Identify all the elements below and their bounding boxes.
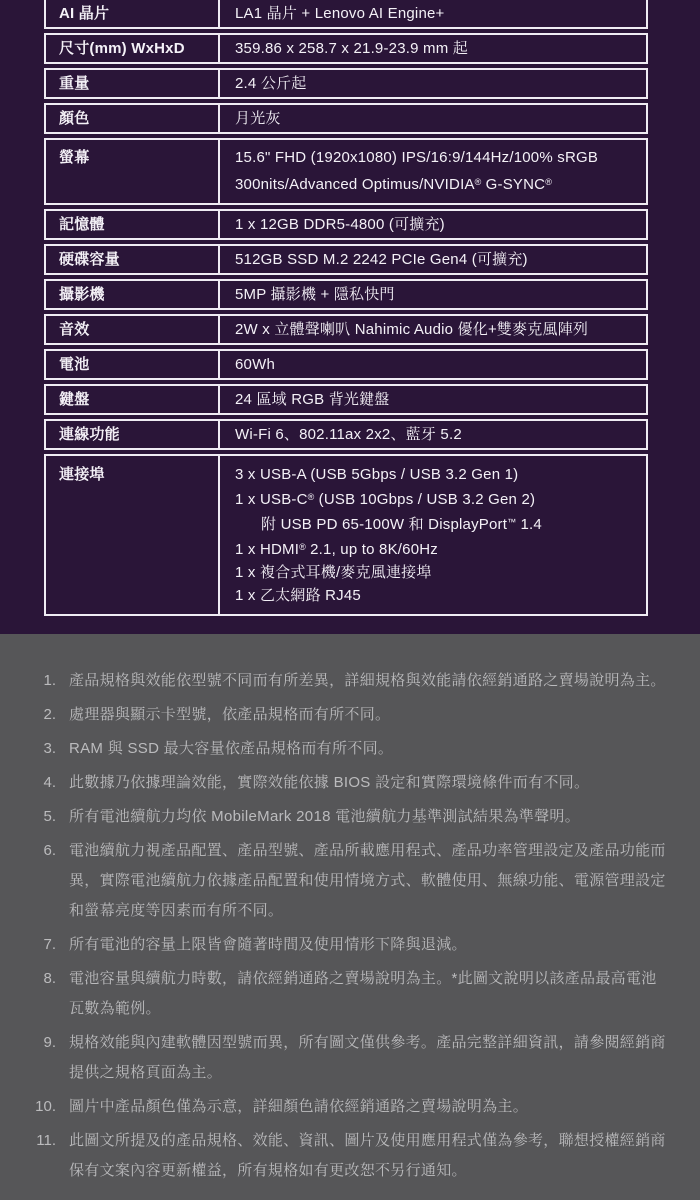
spec-row: 音效2W x 立體聲喇叭 Nahimic Audio 優化+雙麥克風陣列	[44, 314, 648, 345]
spec-label: 鍵盤	[46, 386, 218, 413]
spec-row: 鍵盤24 區域 RGB 背光鍵盤	[44, 384, 648, 415]
note-number: 5.	[28, 802, 56, 832]
spec-value-line: 1 x USB-C® (USB 10Gbps / USB 3.2 Gen 2)	[235, 486, 638, 511]
spec-value: 月光灰	[218, 105, 646, 132]
spec-value-line: 359.86 x 258.7 x 21.9-23.9 mm 起	[235, 39, 638, 58]
spec-value-line: LA1 晶片 + Lenovo AI Engine+	[235, 4, 638, 23]
note-number: 11.	[28, 1126, 56, 1186]
spec-row: 重量2.4 公斤起	[44, 68, 648, 99]
spec-value-line: 2.4 公斤起	[235, 74, 638, 93]
spec-row: AI 晶片LA1 晶片 + Lenovo AI Engine+	[44, 0, 648, 29]
spec-row: 顏色月光灰	[44, 103, 648, 134]
spec-value-line: 1 x HDMI® 2.1, up to 8K/60Hz	[235, 536, 638, 561]
note-text: 處理器與顯示卡型號，依產品規格而有所不同。	[69, 700, 670, 730]
spec-value: 2W x 立體聲喇叭 Nahimic Audio 優化+雙麥克風陣列	[218, 316, 646, 343]
spec-table: AI 晶片LA1 晶片 + Lenovo AI Engine+尺寸(mm) Wx…	[44, 0, 648, 616]
spec-value-line: Wi-Fi 6、802.11ax 2x2、藍牙 5.2	[235, 425, 638, 444]
spec-value-line: 60Wh	[235, 355, 638, 374]
spec-sheet-hero: AI 晶片LA1 晶片 + Lenovo AI Engine+尺寸(mm) Wx…	[0, 0, 700, 634]
spec-label: AI 晶片	[46, 0, 218, 27]
spec-value: 5MP 攝影機 + 隱私快門	[218, 281, 646, 308]
spec-label: 連線功能	[46, 421, 218, 448]
note-item: 7.所有電池的容量上限皆會隨著時間及使用情形下降與退減。	[28, 930, 670, 960]
spec-value-line: 附 USB PD 65-100W 和 DisplayPort™ 1.4	[235, 511, 638, 536]
spec-value: 24 區域 RGB 背光鍵盤	[218, 386, 646, 413]
spec-row: 攝影機5MP 攝影機 + 隱私快門	[44, 279, 648, 310]
note-number: 6.	[28, 836, 56, 926]
spec-value-line: 3 x USB-A (USB 5Gbps / USB 3.2 Gen 1)	[235, 463, 638, 486]
registered-mark: ®	[308, 492, 315, 502]
spec-value: 60Wh	[218, 351, 646, 378]
registered-mark: ®	[299, 542, 306, 552]
note-number: 3.	[28, 734, 56, 764]
spec-row: 硬碟容量512GB SSD M.2 2242 PCIe Gen4 (可擴充)	[44, 244, 648, 275]
spec-row: 記憶體1 x 12GB DDR5-4800 (可擴充)	[44, 209, 648, 240]
spec-value-line: 月光灰	[235, 109, 638, 128]
note-number: 8.	[28, 964, 56, 1024]
note-text: 電池容量與續航力時數，請依經銷通路之賣場說明為主。*此圖文說明以該產品最高電池瓦…	[69, 964, 670, 1024]
spec-label: 尺寸(mm) WxHxD	[46, 35, 218, 62]
note-item: 4.此數據乃依據理論效能，實際效能依據 BIOS 設定和實際環境條件而有不同。	[28, 768, 670, 798]
note-text: 此圖文所提及的產品規格、效能、資訊、圖片及使用應用程式僅為參考，聯想授權經銷商保…	[69, 1126, 670, 1186]
registered-mark: ®	[475, 177, 482, 187]
spec-value-line: 1 x 複合式耳機/麥克風連接埠	[235, 561, 638, 584]
note-item: 11.此圖文所提及的產品規格、效能、資訊、圖片及使用應用程式僅為參考，聯想授權經…	[28, 1126, 670, 1186]
note-text: RAM 與 SSD 最大容量依產品規格而有所不同。	[69, 734, 670, 764]
spec-value: 359.86 x 258.7 x 21.9-23.9 mm 起	[218, 35, 646, 62]
note-text: 圖片中產品顏色僅為示意，詳細顏色請依經銷通路之賣場說明為主。	[69, 1092, 670, 1122]
note-item: 5.所有電池續航力均依 MobileMark 2018 電池續航力基準測試結果為…	[28, 802, 670, 832]
spec-value-line: 5MP 攝影機 + 隱私快門	[235, 285, 638, 304]
note-text: 所有電池的容量上限皆會隨著時間及使用情形下降與退減。	[69, 930, 670, 960]
spec-row: 連線功能Wi-Fi 6、802.11ax 2x2、藍牙 5.2	[44, 419, 648, 450]
note-item: 9.規格效能與內建軟體因型號而異，所有圖文僅供參考。產品完整詳細資訊，請參閱經銷…	[28, 1028, 670, 1088]
note-item: 2.處理器與顯示卡型號，依產品規格而有所不同。	[28, 700, 670, 730]
note-number: 2.	[28, 700, 56, 730]
spec-label: 電池	[46, 351, 218, 378]
spec-value-line: 24 區域 RGB 背光鍵盤	[235, 390, 638, 409]
spec-row: 連接埠3 x USB-A (USB 5Gbps / USB 3.2 Gen 1)…	[44, 454, 648, 616]
spec-value: 15.6" FHD (1920x1080) IPS/16:9/144Hz/100…	[218, 140, 646, 203]
spec-row: 螢幕15.6" FHD (1920x1080) IPS/16:9/144Hz/1…	[44, 138, 648, 205]
spec-value-line: 1 x 12GB DDR5-4800 (可擴充)	[235, 215, 638, 234]
note-text: 電池續航力視產品配置、產品型號、產品所載應用程式、產品功率管理設定及產品功能而異…	[69, 836, 670, 926]
spec-value: 1 x 12GB DDR5-4800 (可擴充)	[218, 211, 646, 238]
spec-label: 重量	[46, 70, 218, 97]
note-text: 此數據乃依據理論效能，實際效能依據 BIOS 設定和實際環境條件而有不同。	[69, 768, 670, 798]
notes-list: 1.產品規格與效能依型號不同而有所差異，詳細規格與效能請依經銷通路之賣場說明為主…	[28, 666, 670, 1186]
note-number: 10.	[28, 1092, 56, 1122]
note-item: 10.圖片中產品顏色僅為示意，詳細顏色請依經銷通路之賣場說明為主。	[28, 1092, 670, 1122]
note-item: 3.RAM 與 SSD 最大容量依產品規格而有所不同。	[28, 734, 670, 764]
spec-row: 尺寸(mm) WxHxD359.86 x 258.7 x 21.9-23.9 m…	[44, 33, 648, 64]
spec-label: 硬碟容量	[46, 246, 218, 273]
note-item: 1.產品規格與效能依型號不同而有所差異，詳細規格與效能請依經銷通路之賣場說明為主…	[28, 666, 670, 696]
spec-label: 攝影機	[46, 281, 218, 308]
registered-mark: ®	[545, 177, 552, 187]
note-item: 8.電池容量與續航力時數，請依經銷通路之賣場說明為主。*此圖文說明以該產品最高電…	[28, 964, 670, 1024]
spec-value: 2.4 公斤起	[218, 70, 646, 97]
spec-value-line: 15.6" FHD (1920x1080) IPS/16:9/144Hz/100…	[235, 146, 638, 170]
spec-value: Wi-Fi 6、802.11ax 2x2、藍牙 5.2	[218, 421, 646, 448]
spec-value: 3 x USB-A (USB 5Gbps / USB 3.2 Gen 1)1 x…	[218, 456, 646, 614]
spec-value-line: 300nits/Advanced Optimus/NVIDIA® G-SYNC®	[235, 170, 638, 197]
spec-value-line: 2W x 立體聲喇叭 Nahimic Audio 優化+雙麥克風陣列	[235, 320, 638, 339]
note-number: 9.	[28, 1028, 56, 1088]
spec-value-line: 512GB SSD M.2 2242 PCIe Gen4 (可擴充)	[235, 250, 638, 269]
note-number: 1.	[28, 666, 56, 696]
spec-value: 512GB SSD M.2 2242 PCIe Gen4 (可擴充)	[218, 246, 646, 273]
trademark-mark: ™	[507, 517, 516, 527]
note-number: 4.	[28, 768, 56, 798]
note-item: 6.電池續航力視產品配置、產品型號、產品所載應用程式、產品功率管理設定及產品功能…	[28, 836, 670, 926]
spec-value: LA1 晶片 + Lenovo AI Engine+	[218, 0, 646, 27]
spec-value-line: 1 x 乙太網路 RJ45	[235, 584, 638, 607]
spec-label: 記憶體	[46, 211, 218, 238]
note-number: 7.	[28, 930, 56, 960]
note-text: 產品規格與效能依型號不同而有所差異，詳細規格與效能請依經銷通路之賣場說明為主。	[69, 666, 670, 696]
note-text: 規格效能與內建軟體因型號而異，所有圖文僅供參考。產品完整詳細資訊，請參閱經銷商提…	[69, 1028, 670, 1088]
notes-section: 1.產品規格與效能依型號不同而有所差異，詳細規格與效能請依經銷通路之賣場說明為主…	[0, 634, 700, 1200]
note-text: 所有電池續航力均依 MobileMark 2018 電池續航力基準測試結果為準聲…	[69, 802, 670, 832]
spec-label: 顏色	[46, 105, 218, 132]
spec-row: 電池60Wh	[44, 349, 648, 380]
spec-label: 音效	[46, 316, 218, 343]
spec-label: 連接埠	[46, 456, 218, 614]
spec-label: 螢幕	[46, 140, 218, 203]
